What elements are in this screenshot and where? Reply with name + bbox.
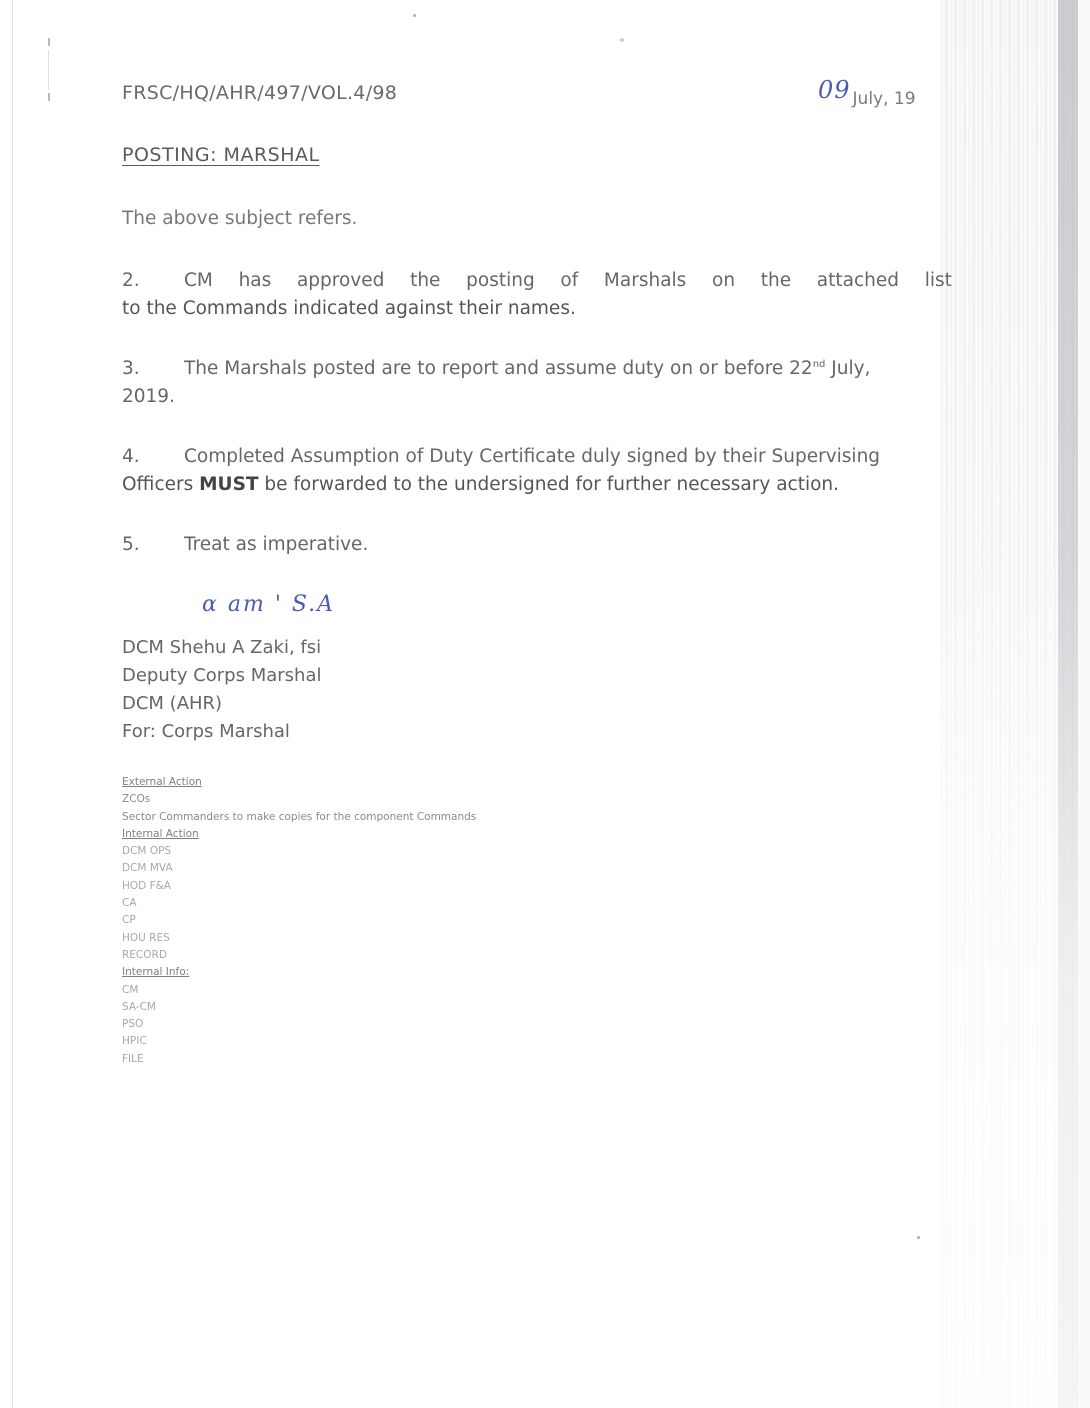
paragraph-text: be forwarded to the undersigned for furt…	[259, 474, 840, 495]
punch-mark	[48, 50, 49, 90]
scan-edge-left	[12, 0, 13, 1408]
scan-shadow-band	[1058, 0, 1078, 1408]
emphasis-text: MUST	[199, 474, 258, 495]
distribution-item: FILE	[122, 1051, 476, 1068]
scan-speck	[917, 1236, 920, 1239]
internal-action-items: DCM OPSDCM MVAHOD F&ACACPHOU RESRECORD	[122, 843, 476, 964]
paragraph-3-line-1: 3.The Marshals posted are to report and …	[122, 355, 952, 383]
signatory-office: DCM (AHR)	[122, 690, 322, 718]
paragraph-number: 4.	[122, 443, 184, 471]
distribution-item: CM	[122, 982, 476, 999]
external-action-items: ZCOsSector Commanders to make copies for…	[122, 791, 476, 826]
distribution-item: Sector Commanders to make copies for the…	[122, 809, 476, 826]
punch-mark	[48, 93, 50, 101]
paragraph-number: 5.	[122, 531, 184, 559]
paragraph-text: The Marshals posted are to report and as…	[184, 358, 813, 379]
signatory-block: DCM Shehu A Zaki, fsi Deputy Corps Marsh…	[122, 634, 322, 746]
paragraph-4-line-1: 4.Completed Assumption of Duty Certifica…	[122, 443, 952, 471]
paragraph-2-line-1: 2.CMhasapprovedthepostingofMarshalsonthe…	[122, 267, 952, 295]
signatory-rank: Deputy Corps Marshal	[122, 662, 322, 690]
ordinal-suffix: nd	[813, 359, 826, 370]
handwritten-day: 09	[818, 76, 851, 104]
signatory-name: DCM Shehu A Zaki, fsi	[122, 634, 322, 662]
printed-date: July, 19	[853, 89, 916, 109]
paragraph-text: Officers	[122, 474, 199, 495]
external-action-heading: External Action	[122, 774, 476, 791]
signatory-for: For: Corps Marshal	[122, 718, 322, 746]
paragraph-5: 5.Treat as imperative.	[122, 531, 952, 559]
paragraph-3: 3.The Marshals posted are to report and …	[122, 355, 952, 411]
paragraph-number: 2.	[122, 267, 184, 295]
internal-action-heading: Internal Action	[122, 826, 476, 843]
distribution-item: PSO	[122, 1016, 476, 1033]
distribution-item: ZCOs	[122, 791, 476, 808]
paragraph-2-line-2: to the Commands indicated against their …	[122, 295, 952, 323]
distribution-item: HOU RES	[122, 930, 476, 947]
paragraph-text: Treat as imperative.	[184, 534, 368, 555]
internal-info-heading: Internal Info:	[122, 964, 476, 981]
handwritten-signature: ɑ am ' S.A	[202, 592, 335, 617]
scan-speck	[413, 14, 416, 17]
paragraph-4: 4.Completed Assumption of Duty Certifica…	[122, 443, 952, 499]
distribution-item: DCM MVA	[122, 860, 476, 877]
distribution-item: RECORD	[122, 947, 476, 964]
scan-edge-right	[1078, 0, 1090, 1408]
paragraph-text: CMhasapprovedthepostingofMarshalsontheat…	[184, 267, 952, 295]
internal-info-items: CMSA-CMPSOHPICFILE	[122, 982, 476, 1068]
paragraph-2: 2.CMhasapprovedthepostingofMarshalsonthe…	[122, 267, 952, 323]
distribution-list: External Action ZCOsSector Commanders to…	[122, 774, 476, 1068]
paragraph-text: July,	[825, 358, 870, 379]
reference-number: FRSC/HQ/AHR/497/VOL.4/98	[122, 82, 397, 104]
intro-paragraph: The above subject refers.	[122, 205, 952, 233]
subject-heading: POSTING: MARSHAL	[122, 144, 320, 166]
paragraph-text: Completed Assumption of Duty Certificate…	[184, 446, 880, 467]
distribution-item: DCM OPS	[122, 843, 476, 860]
distribution-item: CA	[122, 895, 476, 912]
distribution-item: HPIC	[122, 1033, 476, 1050]
distribution-item: SA-CM	[122, 999, 476, 1016]
paragraph-4-line-2: Officers MUST be forwarded to the unders…	[122, 471, 952, 499]
paragraph-3-line-2: 2019.	[122, 383, 952, 411]
distribution-item: CP	[122, 912, 476, 929]
letter-date: 09July, 19	[818, 76, 916, 104]
distribution-item: HOD F&A	[122, 878, 476, 895]
scan-speck	[620, 38, 624, 42]
punch-mark	[48, 38, 50, 46]
paragraph-number: 3.	[122, 355, 184, 383]
